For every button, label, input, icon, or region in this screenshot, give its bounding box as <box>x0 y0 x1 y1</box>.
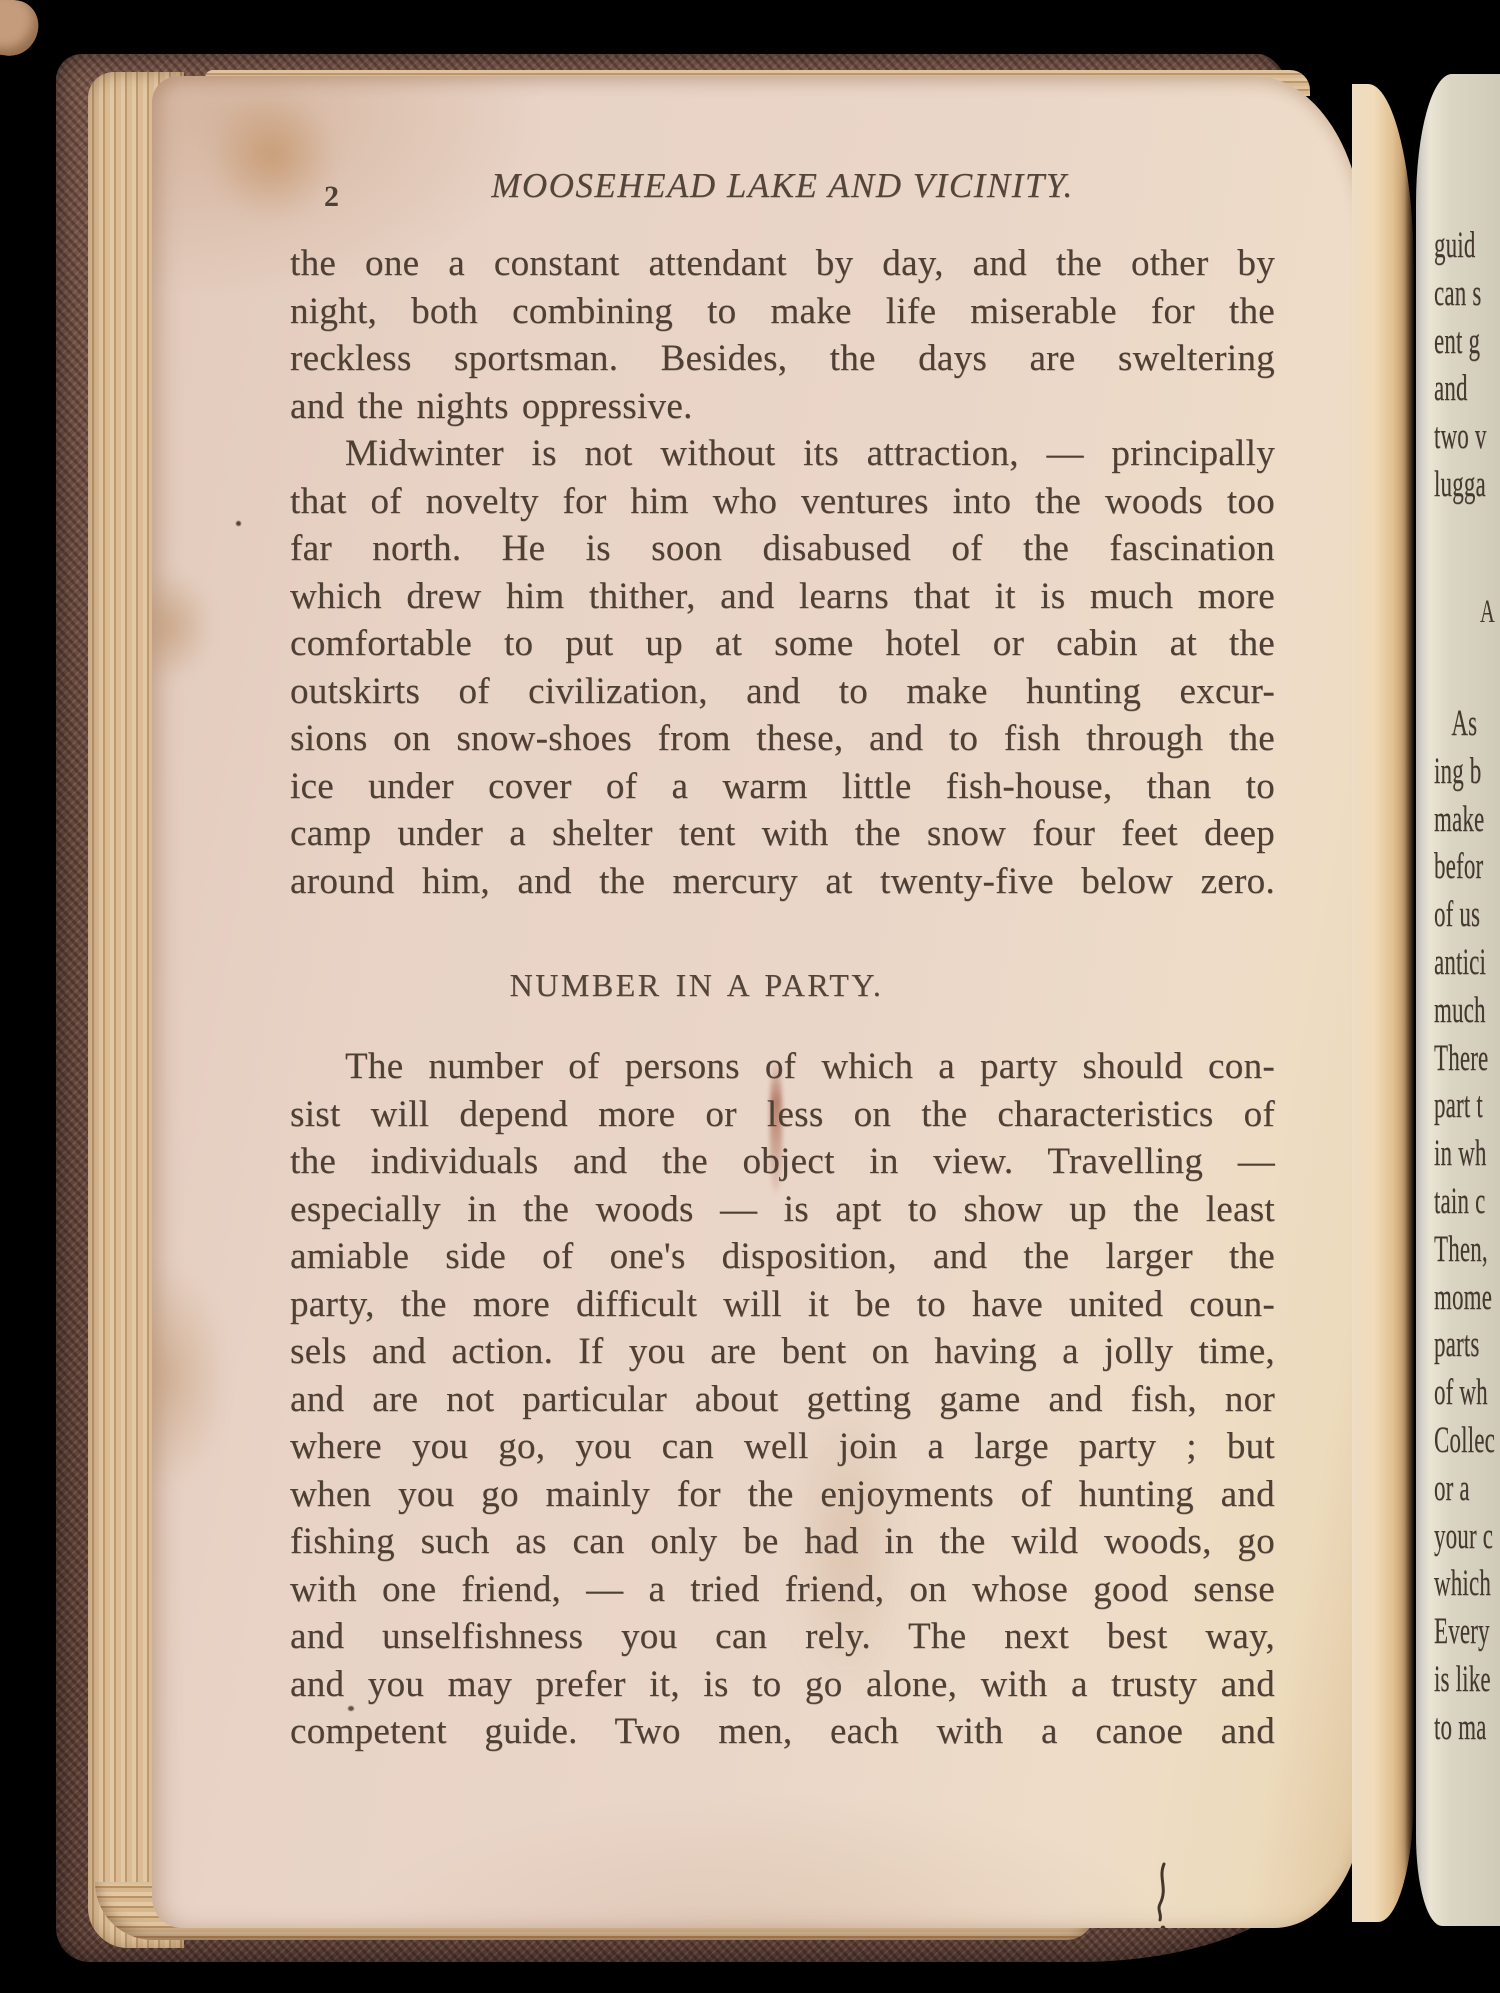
scan-edge-paper-fragment <box>0 0 42 59</box>
text-line-fragment: lugga <box>1434 461 1500 509</box>
paragraph-3: The number of persons of which a party s… <box>290 1043 1275 1756</box>
right-page-heading-fragment: A <box>1480 594 1495 631</box>
text-line-fragment: your c <box>1434 1513 1500 1561</box>
text-line: comfortable to put up at some hotel or c… <box>290 620 1275 668</box>
text-line: night, both combining to make life miser… <box>290 288 1275 336</box>
ink-speck <box>236 521 241 526</box>
text-line-fragment: to ma <box>1434 1704 1500 1752</box>
text-line: sels and action. If you are bent on havi… <box>290 1328 1275 1376</box>
book-scan: 2 MOOSEHEAD LAKE AND VICINITY. the one a… <box>0 0 1500 1993</box>
text-column: the one a constant attendant by day, and… <box>290 240 1275 1756</box>
text-line: Midwinter is not without its attraction,… <box>290 430 1275 478</box>
text-line-fragment: much <box>1434 987 1500 1035</box>
text-line-fragment: make <box>1434 796 1500 844</box>
text-line: fishing such as can only be had in the w… <box>290 1518 1275 1566</box>
text-line-fragment: Then, <box>1434 1226 1500 1274</box>
text-line: reckless sportsman. Besides, the days ar… <box>290 335 1275 383</box>
text-line-fragment: befor <box>1434 843 1500 891</box>
text-line-fragment: Every <box>1434 1608 1500 1656</box>
text-line: and unselfishness you can rely. The next… <box>290 1613 1275 1661</box>
text-line-fragment: ing b <box>1434 748 1500 796</box>
text-line-fragment: guid <box>1434 222 1500 270</box>
text-line: camp under a shelter tent with the snow … <box>290 810 1275 858</box>
text-line: where you go, you can well join a large … <box>290 1423 1275 1471</box>
text-line: the one a constant attendant by day, and… <box>290 240 1275 288</box>
text-line-fragment: antici <box>1434 939 1500 987</box>
right-page-body-fragments: Asing bmakebeforof usanticimuchTherepart… <box>1434 700 1500 1752</box>
text-line-fragment: two v <box>1434 413 1500 461</box>
text-line: and the nights oppressive. <box>290 383 1275 431</box>
text-line: party, the more difficult will it be to … <box>290 1281 1275 1329</box>
text-line: that of novelty for him who ventures int… <box>290 478 1275 526</box>
text-line-fragment: mome <box>1434 1274 1500 1322</box>
paragraph-2: Midwinter is not without its attraction,… <box>290 430 1275 905</box>
text-line: around him, and the mercury at twenty-fi… <box>290 858 1275 906</box>
left-page-fore-edge <box>1352 84 1414 1922</box>
text-line: competent guide. Two men, each with a ca… <box>290 1708 1275 1756</box>
ink-squiggle-mark <box>1150 1862 1176 1928</box>
text-line-fragment: can s <box>1434 270 1500 318</box>
text-line-fragment: Collec <box>1434 1417 1500 1465</box>
text-line-fragment: ent g <box>1434 318 1500 366</box>
text-line: sist will depend more or less on the cha… <box>290 1091 1275 1139</box>
text-line: and you may prefer it, is to go alone, w… <box>290 1661 1275 1709</box>
text-line-fragment: tain c <box>1434 1178 1500 1226</box>
text-line-fragment: is like <box>1434 1656 1500 1704</box>
text-line: outskirts of civilization, and to make h… <box>290 668 1275 716</box>
text-line-fragment: parts <box>1434 1321 1500 1369</box>
text-line-fragment: or a <box>1434 1465 1500 1513</box>
section-heading: NUMBER IN A PARTY. <box>204 963 1189 1007</box>
text-line: The number of persons of which a party s… <box>290 1043 1275 1091</box>
text-line: with one friend, — a tried friend, on wh… <box>290 1566 1275 1614</box>
text-line-fragment: of wh <box>1434 1369 1500 1417</box>
text-line: far north. He is soon disabused of the f… <box>290 525 1275 573</box>
text-line: sions on snow-shoes from these, and to f… <box>290 715 1275 763</box>
text-line: amiable side of one's disposition, and t… <box>290 1233 1275 1281</box>
running-title: MOOSEHEAD LAKE AND VICINITY. <box>290 166 1275 206</box>
text-line-fragment: of us <box>1434 891 1500 939</box>
text-line-fragment: and <box>1434 365 1500 413</box>
page-stain <box>152 1266 227 1486</box>
text-line: ice under cover of a warm little fish-ho… <box>290 763 1275 811</box>
right-page-top-fragments: guidcan sent gandtwo vlugga <box>1434 222 1500 509</box>
text-line: which drew him thither, and learns that … <box>290 573 1275 621</box>
text-line-fragment: As <box>1434 700 1500 748</box>
left-page: 2 MOOSEHEAD LAKE AND VICINITY. the one a… <box>152 76 1364 1928</box>
text-line: the individuals and the object in view. … <box>290 1138 1275 1186</box>
right-page-sliver: guidcan sent gandtwo vlugga A Asing bmak… <box>1416 74 1500 1926</box>
text-line-fragment: part t <box>1434 1082 1500 1130</box>
text-line-fragment: There <box>1434 1035 1500 1083</box>
text-line: especially in the woods — is apt to show… <box>290 1186 1275 1234</box>
text-line: when you go mainly for the enjoyments of… <box>290 1471 1275 1519</box>
text-line: and are not particular about getting gam… <box>290 1376 1275 1424</box>
paragraph-1: the one a constant attendant by day, and… <box>290 240 1275 430</box>
text-line-fragment: in wh <box>1434 1130 1500 1178</box>
page-stain <box>152 571 212 681</box>
text-line-fragment: which <box>1434 1560 1500 1608</box>
